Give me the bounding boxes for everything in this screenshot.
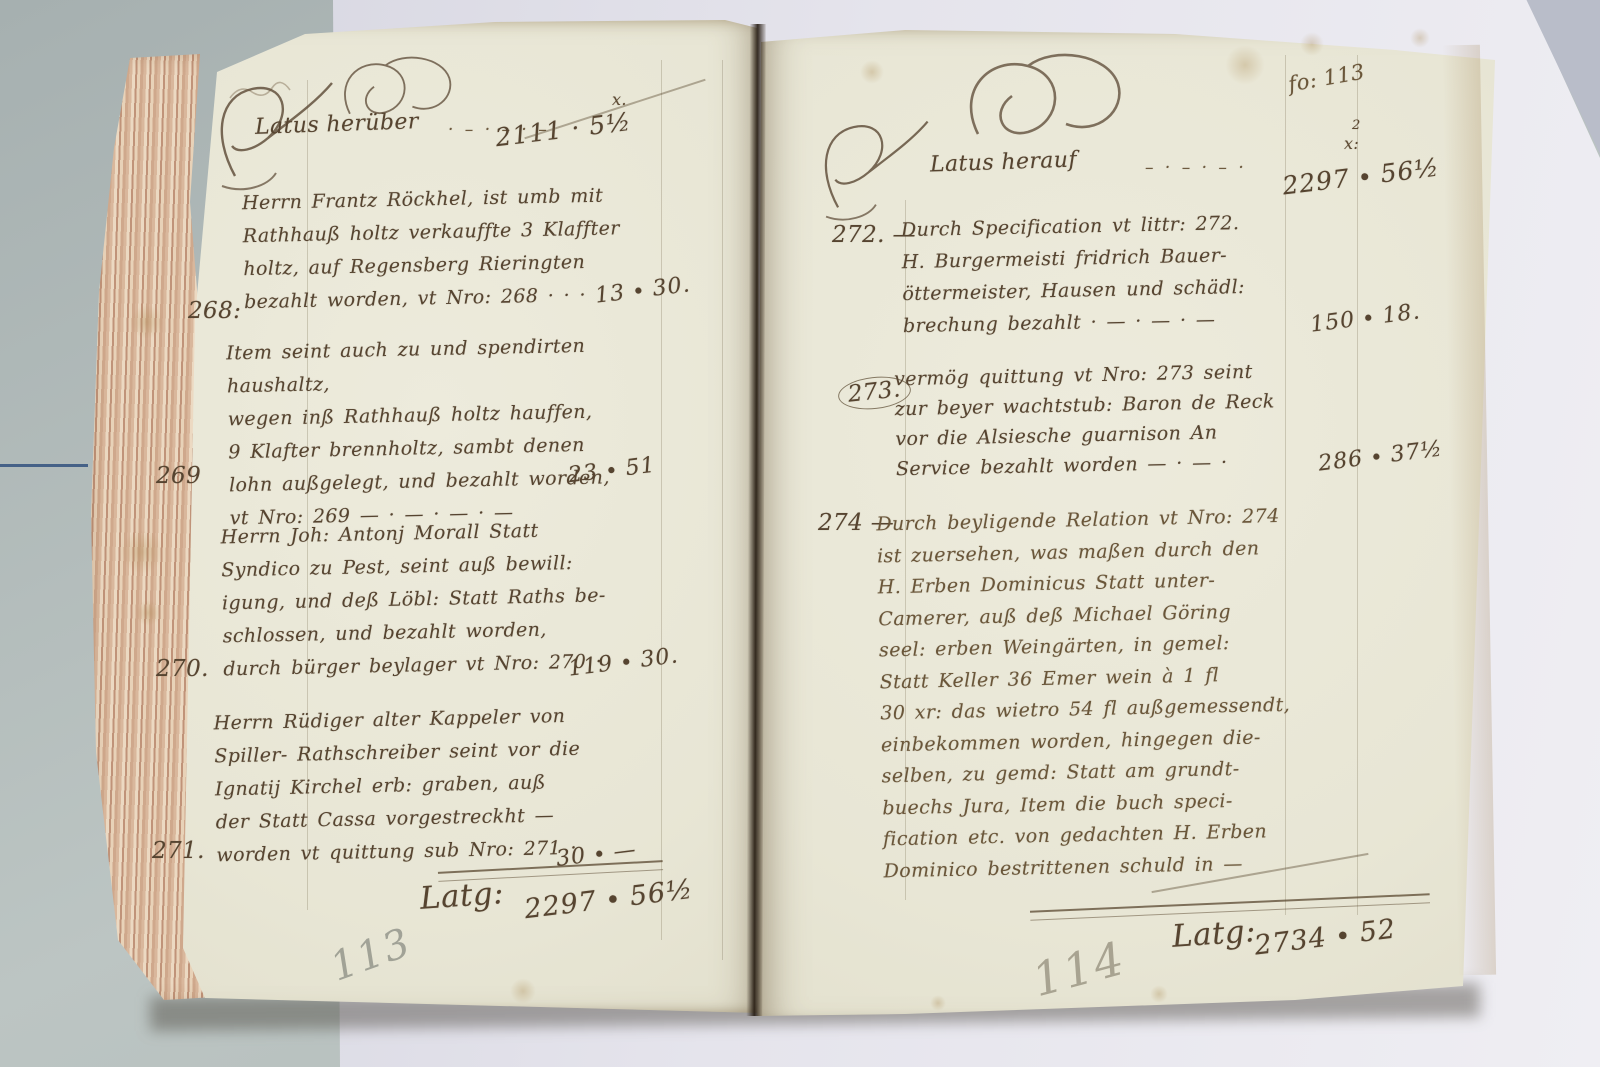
entry-274-lines: Durch beyligende Relation vt Nro: 274 is…	[876, 501, 1304, 888]
left-latus-label: Latg:	[419, 875, 505, 917]
stain	[510, 978, 536, 1004]
stain	[1300, 32, 1324, 56]
entry-271-number: 271.	[152, 838, 205, 864]
right-header-label: Latus herauf	[930, 147, 1078, 177]
column-rule	[661, 60, 662, 940]
stain	[130, 305, 164, 339]
stain	[135, 600, 161, 626]
stain	[860, 60, 884, 84]
right-header-leaders: – · – · – ·	[1145, 158, 1247, 178]
stain	[930, 995, 946, 1011]
right-latus-label: Latg:	[1171, 913, 1257, 955]
right-currency-mark: x:	[1344, 134, 1359, 153]
stain	[1150, 985, 1168, 1003]
entry-269-lines: Item seint auch zu und spendirten hausha…	[226, 329, 650, 536]
entry-273-lines: vermög quittung vt Nro: 273 seint zur be…	[894, 356, 1306, 485]
photo-scene: Latus herüber · – · – · – x. 2111 · 5½ H…	[0, 0, 1600, 1067]
stain	[1225, 45, 1265, 85]
entry-268-number: 268:	[188, 298, 241, 324]
stain	[120, 530, 164, 574]
table-blue-line	[0, 464, 88, 467]
entry-270-number: 270.	[156, 656, 209, 682]
right-currency-mark-small: 2	[1352, 118, 1361, 133]
loop-ornament-right	[950, 52, 1140, 152]
column-rule	[722, 60, 723, 960]
entry-272-lines: Durch Specification vt littr: 272. H. Bu…	[901, 206, 1304, 342]
entry-268-lines: Herrn Frantz Röckhel, ist umb mit Rathha…	[242, 179, 645, 319]
faint-scribble	[225, 78, 295, 106]
stain	[1410, 28, 1430, 48]
entry-269-number: 269	[156, 463, 201, 489]
